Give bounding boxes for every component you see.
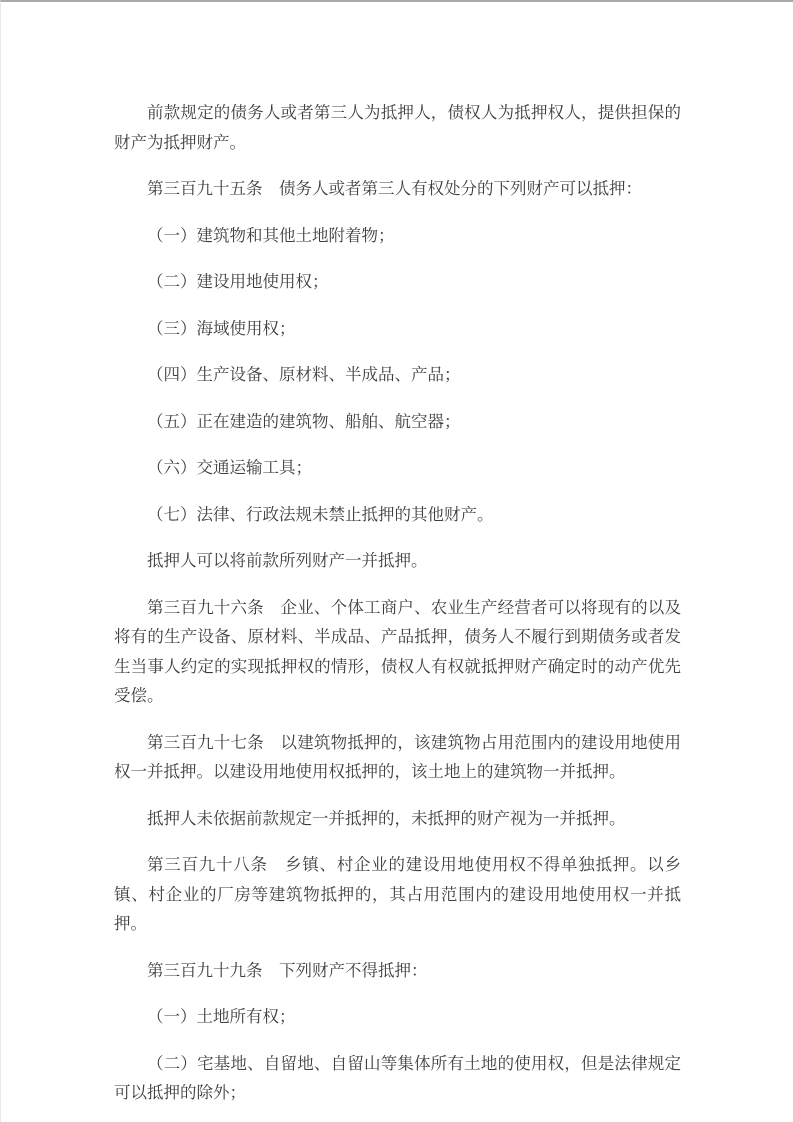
paragraph: 抵押人可以将前款所列财产一并抵押。 [114, 546, 681, 576]
paragraph: （七）法律、行政法规未禁止抵押的其他财产。 [114, 500, 681, 530]
paragraph: （一）建筑物和其他土地附着物； [114, 221, 681, 251]
paragraph: （一）土地所有权； [114, 1002, 681, 1032]
paragraph: 第三百九十六条 企业、个体工商户、农业生产经营者可以将现有的以及将有的生产设备、… [114, 593, 681, 711]
paragraph: 第三百九十八条 乡镇、村企业的建设用地使用权不得单独抵押。以乡镇、村企业的厂房等… [114, 850, 681, 939]
paragraph: （五）正在建造的建筑物、船舶、航空器； [114, 407, 681, 437]
document-page: 前款规定的债务人或者第三人为抵押人，债权人为抵押权人，提供担保的财产为抵押财产。… [0, 0, 793, 1122]
paragraph: （二）宅基地、自留地、自留山等集体所有土地的使用权，但是法律规定可以抵押的除外； [114, 1049, 681, 1108]
paragraph: 第三百九十七条 以建筑物抵押的，该建筑物占用范围内的建设用地使用权一并抵押。以建… [114, 728, 681, 787]
document-body: 前款规定的债务人或者第三人为抵押人，债权人为抵押权人，提供担保的财产为抵押财产。… [1, 2, 793, 1108]
paragraph: （二）建设用地使用权； [114, 267, 681, 297]
paragraph: （三）海域使用权； [114, 314, 681, 344]
paragraph: 抵押人未依据前款规定一并抵押的，未抵押的财产视为一并抵押。 [114, 804, 681, 834]
paragraph: （六）交通运输工具； [114, 453, 681, 483]
paragraph: （四）生产设备、原材料、半成品、产品； [114, 360, 681, 390]
paragraph: 前款规定的债务人或者第三人为抵押人，债权人为抵押权人，提供担保的财产为抵押财产。 [114, 98, 681, 157]
paragraph: 第三百九十五条 债务人或者第三人有权处分的下列财产可以抵押： [114, 174, 681, 204]
paragraph: 第三百九十九条 下列财产不得抵押： [114, 956, 681, 986]
